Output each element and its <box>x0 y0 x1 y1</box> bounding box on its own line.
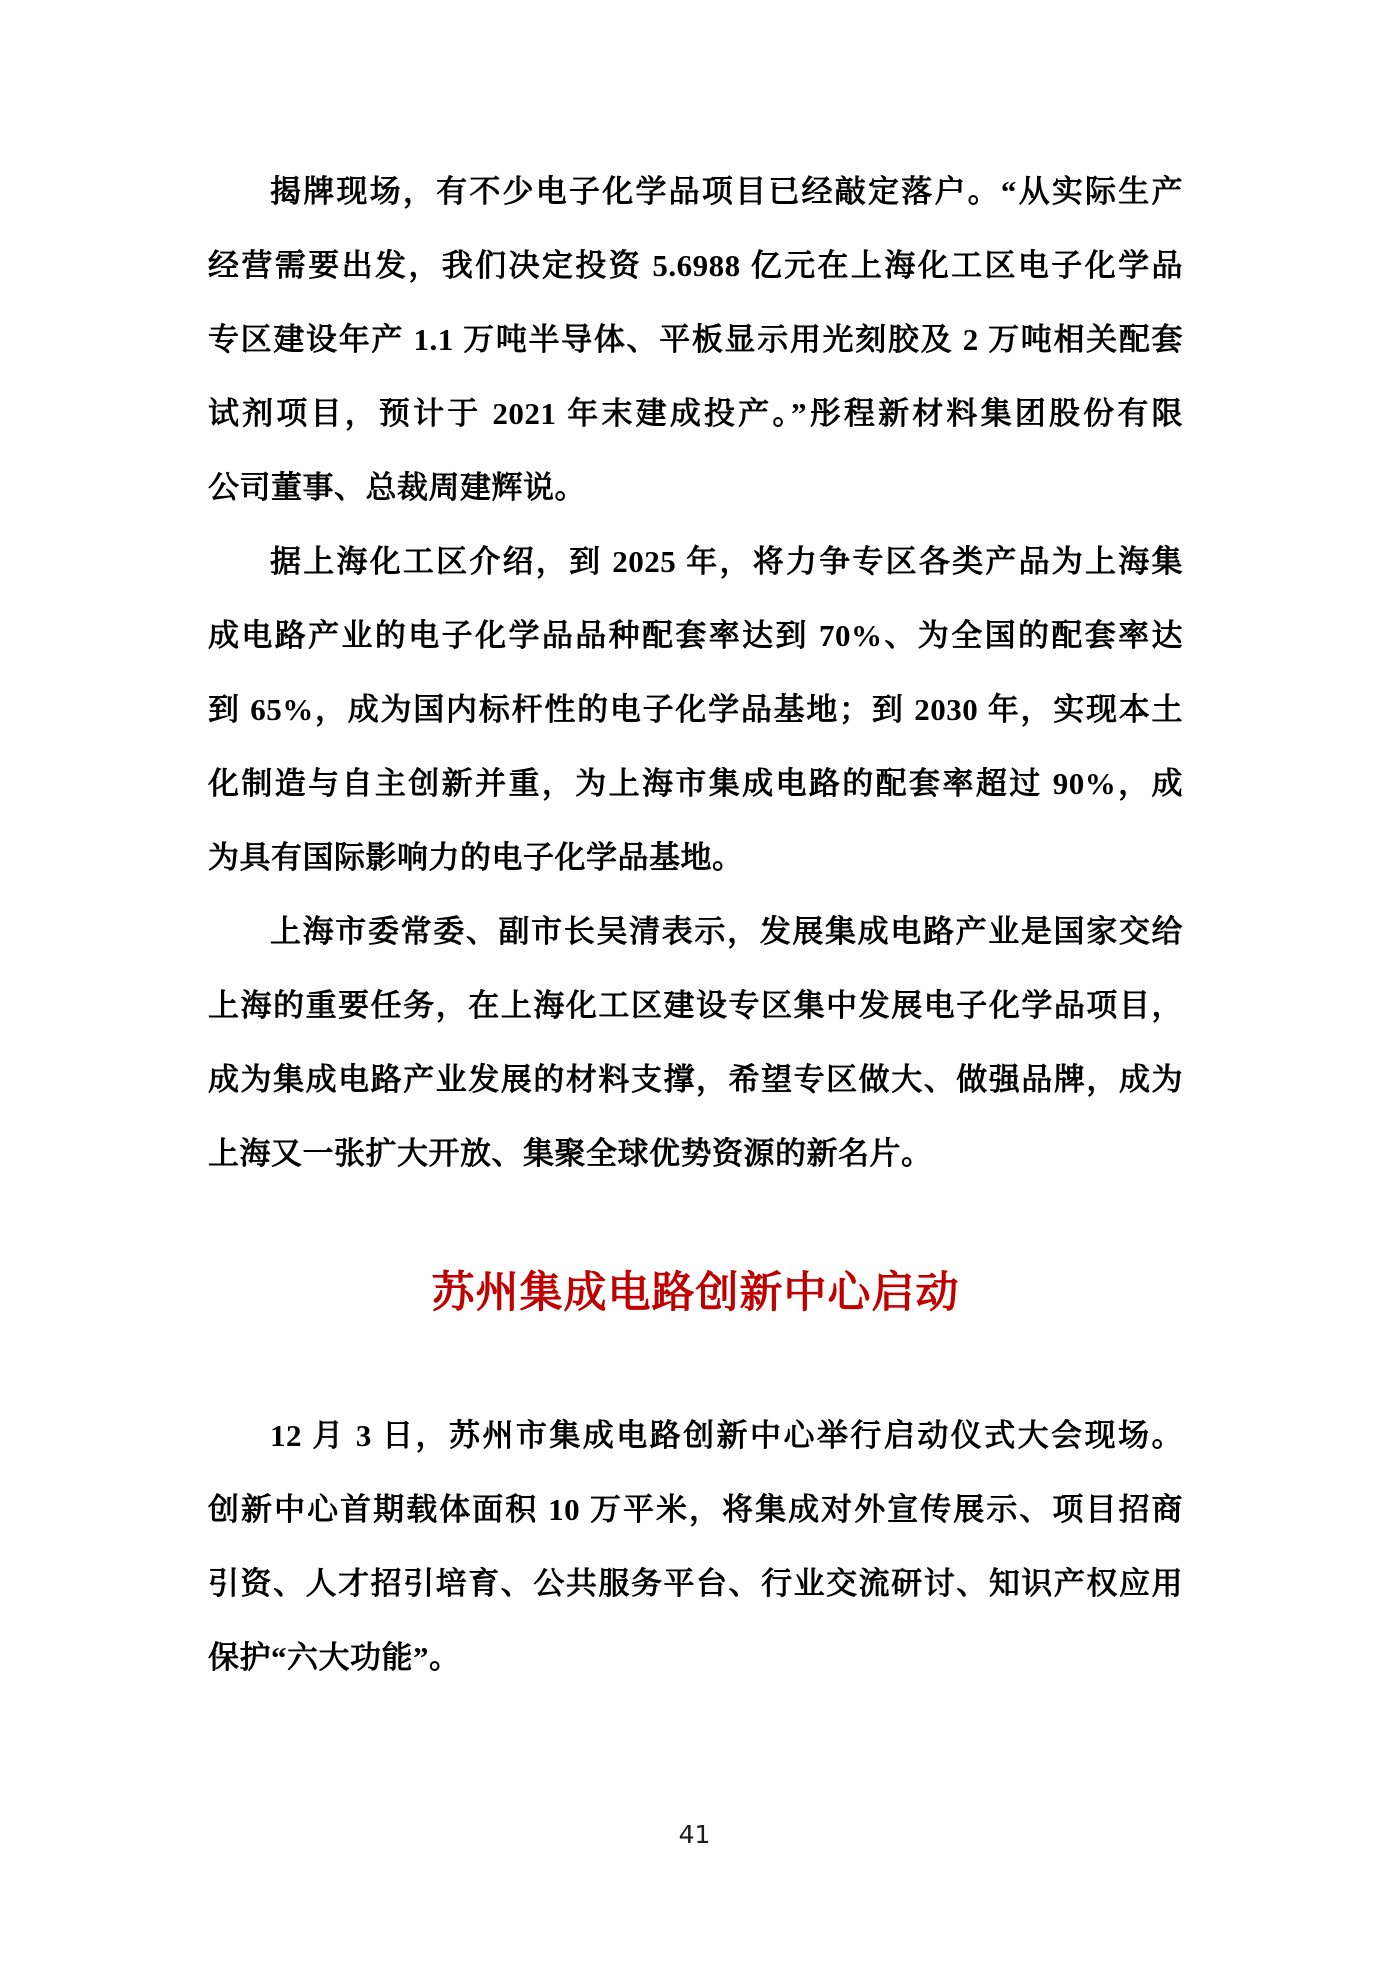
text-line: 化制造与自主创新并重，为上海市集成电路的配套率超过 90%，成 <box>208 747 1183 821</box>
text-line: 到 65%，成为国内标杆性的电子化学品基地；到 2030 年，实现本土 <box>208 673 1183 747</box>
document-page: 揭牌现场，有不少电子化学品项目已经敲定落户。“从实际生产经营需要出发，我们决定投… <box>0 0 1389 1964</box>
paragraph: 据上海化工区介绍，到 2025 年，将力争专区各类产品为上海集成电路产业的电子化… <box>208 525 1183 895</box>
text-line: 保护“六大功能”。 <box>208 1621 1183 1695</box>
text-line: 试剂项目，预计于 2021 年末建成投产。”彤程新材料集团股份有限 <box>208 377 1183 451</box>
text-line: 上海又一张扩大开放、集聚全球优势资源的新名片。 <box>208 1117 1183 1191</box>
text-line: 上海的重要任务，在上海化工区建设专区集中发展电子化学品项目， <box>208 969 1183 1043</box>
text-line: 经营需要出发，我们决定投资 5.6988 亿元在上海化工区电子化学品 <box>208 229 1183 303</box>
text-line: 12 月 3 日，苏州市集成电路创新中心举行启动仪式大会现场。 <box>208 1399 1183 1473</box>
text-line: 据上海化工区介绍，到 2025 年，将力争专区各类产品为上海集 <box>208 525 1183 599</box>
section-heading: 苏州集成电路创新中心启动 <box>208 1271 1183 1316</box>
text-line: 专区建设年产 1.1 万吨半导体、平板显示用光刻胶及 2 万吨相关配套 <box>208 303 1183 377</box>
paragraph: 揭牌现场，有不少电子化学品项目已经敲定落户。“从实际生产经营需要出发，我们决定投… <box>208 155 1183 525</box>
text-line: 创新中心首期载体面积 10 万平米，将集成对外宣传展示、项目招商 <box>208 1473 1183 1547</box>
paragraph: 上海市委常委、副市长吴清表示，发展集成电路产业是国家交给上海的重要任务，在上海化… <box>208 895 1183 1191</box>
paragraph: 12 月 3 日，苏州市集成电路创新中心举行启动仪式大会现场。创新中心首期载体面… <box>208 1399 1183 1695</box>
text-line: 上海市委常委、副市长吴清表示，发展集成电路产业是国家交给 <box>208 895 1183 969</box>
text-line: 公司董事、总裁周建辉说。 <box>208 451 1183 525</box>
text-line: 为具有国际影响力的电子化学品基地。 <box>208 821 1183 895</box>
document-body: 揭牌现场，有不少电子化学品项目已经敲定落户。“从实际生产经营需要出发，我们决定投… <box>208 155 1183 1695</box>
text-line: 成电路产业的电子化学品品种配套率达到 70%、为全国的配套率达 <box>208 599 1183 673</box>
text-line: 引资、人才招引培育、公共服务平台、行业交流研讨、知识产权应用 <box>208 1547 1183 1621</box>
text-line: 揭牌现场，有不少电子化学品项目已经敲定落户。“从实际生产 <box>208 155 1183 229</box>
page-number: 41 <box>0 1820 1389 1849</box>
text-line: 成为集成电路产业发展的材料支撑，希望专区做大、做强品牌，成为 <box>208 1043 1183 1117</box>
